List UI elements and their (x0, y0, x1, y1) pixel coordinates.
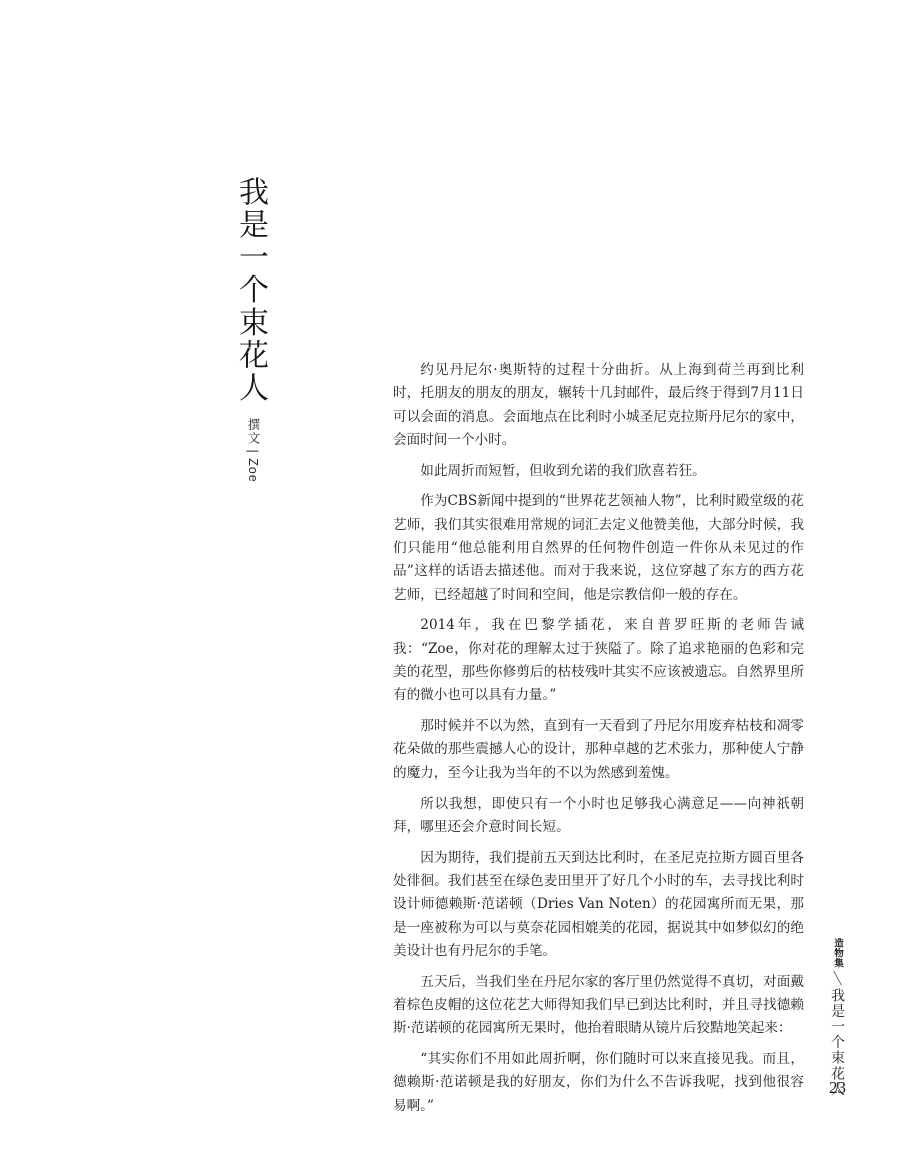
running-footer: 造物集 我是一个束花人 (829, 938, 845, 1097)
quote-paragraph: “其实你们不用如此周折啊，你们随时可以来直接见我。而且，德赖斯·范诺顿是我的好朋… (393, 1048, 804, 1118)
paragraph: 五天后，当我们坐在丹尼尔家的客厅里仍然觉得不真切，对面戴着棕色皮帽的这位花艺大师… (393, 971, 804, 1041)
page-number: 23 (829, 1078, 846, 1098)
separator-slash (833, 971, 841, 986)
paragraph: 如此周折而短暂，但收到允诺的我们欣喜若狂。 (393, 460, 804, 483)
author-byline: 撰文 | Zoe (244, 418, 262, 483)
paragraph: 所以我想，即使只有一个小时也足够我心满意足——向神祇朝拜，哪里还会介意时间长短。 (393, 793, 804, 840)
section-name: 造物集 (831, 938, 843, 968)
paragraph: 2014年，我在巴黎学插花，来自普罗旺斯的老师告诫我：“Zoe，你对花的理解太过… (393, 614, 804, 707)
article-title: 我是一个束花人 (232, 176, 268, 404)
paragraph: 作为CBS新闻中提到的“世界花艺领袖人物”，比利时殿堂级的花艺师，我们其实很难用… (393, 490, 804, 606)
paragraph: 那时候并不以为然，直到有一天看到了丹尼尔用废弃枯枝和凋零花朵做的那些震撼人心的设… (393, 715, 804, 785)
paragraph: 因为期待，我们提前五天到达比利时，在圣尼克拉斯方圆百里各处徘徊。我们甚至在绿色麦… (393, 847, 804, 963)
article-body: 约见丹尼尔·奥斯特的过程十分曲折。从上海到荷兰再到比利时，托朋友的朋友的朋友，辗… (393, 359, 804, 1125)
paragraph: 约见丹尼尔·奥斯特的过程十分曲折。从上海到荷兰再到比利时，托朋友的朋友的朋友，辗… (393, 359, 804, 452)
